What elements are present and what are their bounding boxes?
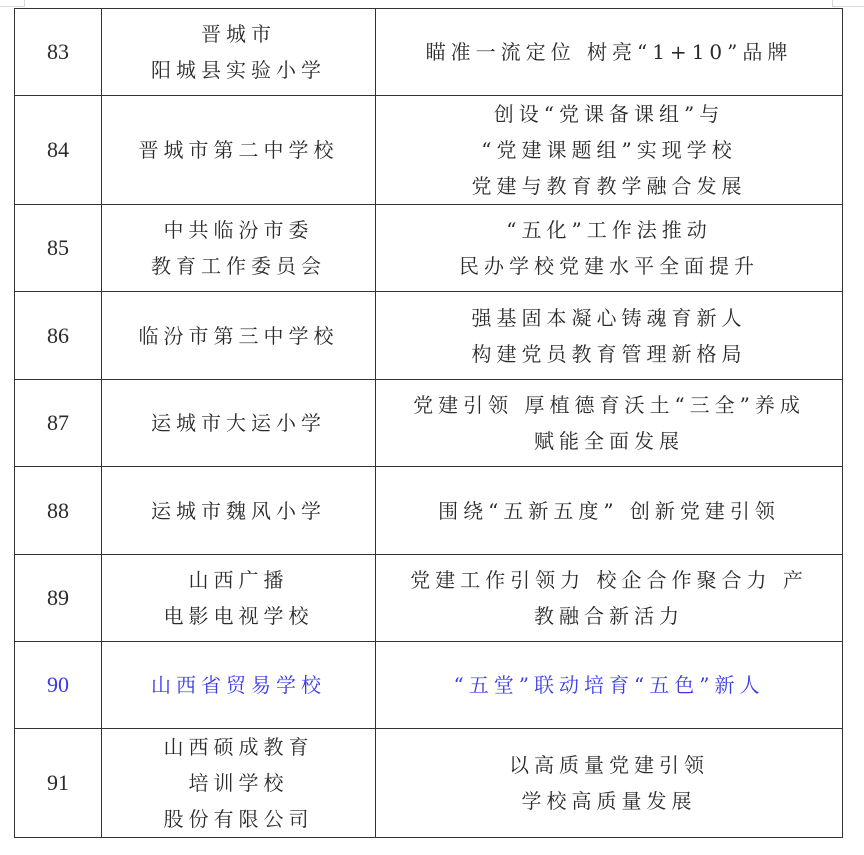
crop-mark-top-left-horizontal	[0, 6, 24, 7]
case-title-cell: 党建引领 厚植德育沃土“三全”养成 赋能全面发展	[376, 380, 843, 467]
table-row: 84 晋城市第二中学校 创设“党课备课组”与 “党建课题组”实现学校 党建与教育…	[15, 96, 843, 205]
organization-cell: 临汾市第三中学校	[102, 292, 376, 380]
row-number-cell: 86	[15, 292, 102, 380]
case-title-cell: 瞄准一流定位 树亮“1+10”品牌	[376, 9, 843, 96]
case-title-cell: “五堂”联动培育“五色”新人	[376, 642, 843, 729]
row-number-cell: 89	[15, 555, 102, 642]
case-title-cell: 强基固本凝心铸魂育新人 构建党员教育管理新格局	[376, 292, 843, 380]
case-title-cell: 党建工作引领力 校企合作聚合力 产 教融合新活力	[376, 555, 843, 642]
organization-cell: 山西硕成教育 培训学校 股份有限公司	[102, 729, 376, 838]
organization-line: 股份有限公司	[106, 801, 371, 837]
organization-line: 晋城市第二中学校	[106, 132, 371, 168]
table-row: 89 山西广播 电影电视学校 党建工作引领力 校企合作聚合力 产 教融合新活力	[15, 555, 843, 642]
table-row-highlighted: 90 山西省贸易学校 “五堂”联动培育“五色”新人	[15, 642, 843, 729]
organization-line: 临汾市第三中学校	[106, 318, 371, 354]
organization-cell: 山西省贸易学校	[102, 642, 376, 729]
case-list-table: 83 晋城市 阳城县实验小学 瞄准一流定位 树亮“1+10”品牌 84 晋城市第…	[14, 8, 843, 838]
case-title-line: 围绕“五新五度” 创新党建引领	[380, 493, 838, 529]
case-title-line: 民办学校党建水平全面提升	[380, 248, 838, 284]
crop-mark-top-right-horizontal	[833, 6, 864, 7]
case-title-line: 创设“党课备课组”与	[380, 96, 838, 132]
organization-line: 电影电视学校	[106, 598, 371, 634]
case-title-cell: 创设“党课备课组”与 “党建课题组”实现学校 党建与教育教学融合发展	[376, 96, 843, 205]
organization-cell: 晋城市第二中学校	[102, 96, 376, 205]
organization-line: 山西硕成教育	[106, 729, 371, 765]
organization-cell: 晋城市 阳城县实验小学	[102, 9, 376, 96]
row-number: 87	[47, 410, 69, 435]
row-number: 88	[47, 498, 69, 523]
case-title-line: “党建课题组”实现学校	[380, 132, 838, 168]
case-title-line: 党建工作引领力 校企合作聚合力 产	[380, 562, 838, 598]
organization-cell: 山西广播 电影电视学校	[102, 555, 376, 642]
row-number-cell: 87	[15, 380, 102, 467]
row-number: 86	[47, 323, 69, 348]
table-row: 88 运城市魏风小学 围绕“五新五度” 创新党建引领	[15, 467, 843, 555]
case-title-cell: 围绕“五新五度” 创新党建引领	[376, 467, 843, 555]
organization-line: 运城市大运小学	[106, 405, 371, 441]
case-title-line: 党建引领 厚植德育沃土“三全”养成	[380, 387, 838, 423]
case-title-line: 教融合新活力	[380, 598, 838, 634]
organization-line: 晋城市	[106, 16, 371, 52]
organization-line: 教育工作委员会	[106, 248, 371, 284]
table-row: 85 中共临汾市委 教育工作委员会 “五化”工作法推动 民办学校党建水平全面提升	[15, 205, 843, 292]
case-title-line: 以高质量党建引领	[380, 747, 838, 783]
case-title-line: 瞄准一流定位 树亮“1+10”品牌	[380, 34, 838, 70]
table-row: 86 临汾市第三中学校 强基固本凝心铸魂育新人 构建党员教育管理新格局	[15, 292, 843, 380]
case-title-line: “五化”工作法推动	[380, 212, 838, 248]
table-row: 87 运城市大运小学 党建引领 厚植德育沃土“三全”养成 赋能全面发展	[15, 380, 843, 467]
organization-line: 阳城县实验小学	[106, 52, 371, 88]
table-body: 83 晋城市 阳城县实验小学 瞄准一流定位 树亮“1+10”品牌 84 晋城市第…	[15, 9, 843, 838]
row-number-cell: 84	[15, 96, 102, 205]
organization-line: 运城市魏风小学	[106, 493, 371, 529]
case-title-line: 党建与教育教学融合发展	[380, 168, 838, 204]
table-row: 91 山西硕成教育 培训学校 股份有限公司 以高质量党建引领 学校高质量发展	[15, 729, 843, 838]
organization-line: 中共临汾市委	[106, 212, 371, 248]
row-number: 89	[47, 585, 69, 610]
organization-cell: 运城市大运小学	[102, 380, 376, 467]
row-number: 90	[47, 672, 69, 697]
row-number-cell: 88	[15, 467, 102, 555]
case-title-line: 强基固本凝心铸魂育新人	[380, 300, 838, 336]
organization-cell: 运城市魏风小学	[102, 467, 376, 555]
organization-line: 山西省贸易学校	[106, 667, 371, 703]
case-title-line: “五堂”联动培育“五色”新人	[380, 667, 838, 703]
row-number: 84	[47, 137, 69, 162]
organization-cell: 中共临汾市委 教育工作委员会	[102, 205, 376, 292]
row-number-cell: 85	[15, 205, 102, 292]
row-number: 91	[47, 770, 69, 795]
case-title-cell: 以高质量党建引领 学校高质量发展	[376, 729, 843, 838]
crop-mark-top-left-vertical	[24, 0, 25, 7]
row-number-cell: 83	[15, 9, 102, 96]
row-number-cell: 91	[15, 729, 102, 838]
organization-line: 培训学校	[106, 765, 371, 801]
case-title-line: 学校高质量发展	[380, 783, 838, 819]
case-title-line: 赋能全面发展	[380, 423, 838, 459]
table-row: 83 晋城市 阳城县实验小学 瞄准一流定位 树亮“1+10”品牌	[15, 9, 843, 96]
organization-line: 山西广播	[106, 562, 371, 598]
row-number: 85	[47, 235, 69, 260]
case-title-cell: “五化”工作法推动 民办学校党建水平全面提升	[376, 205, 843, 292]
row-number-cell: 90	[15, 642, 102, 729]
case-title-line: 构建党员教育管理新格局	[380, 336, 838, 372]
row-number: 83	[47, 39, 69, 64]
